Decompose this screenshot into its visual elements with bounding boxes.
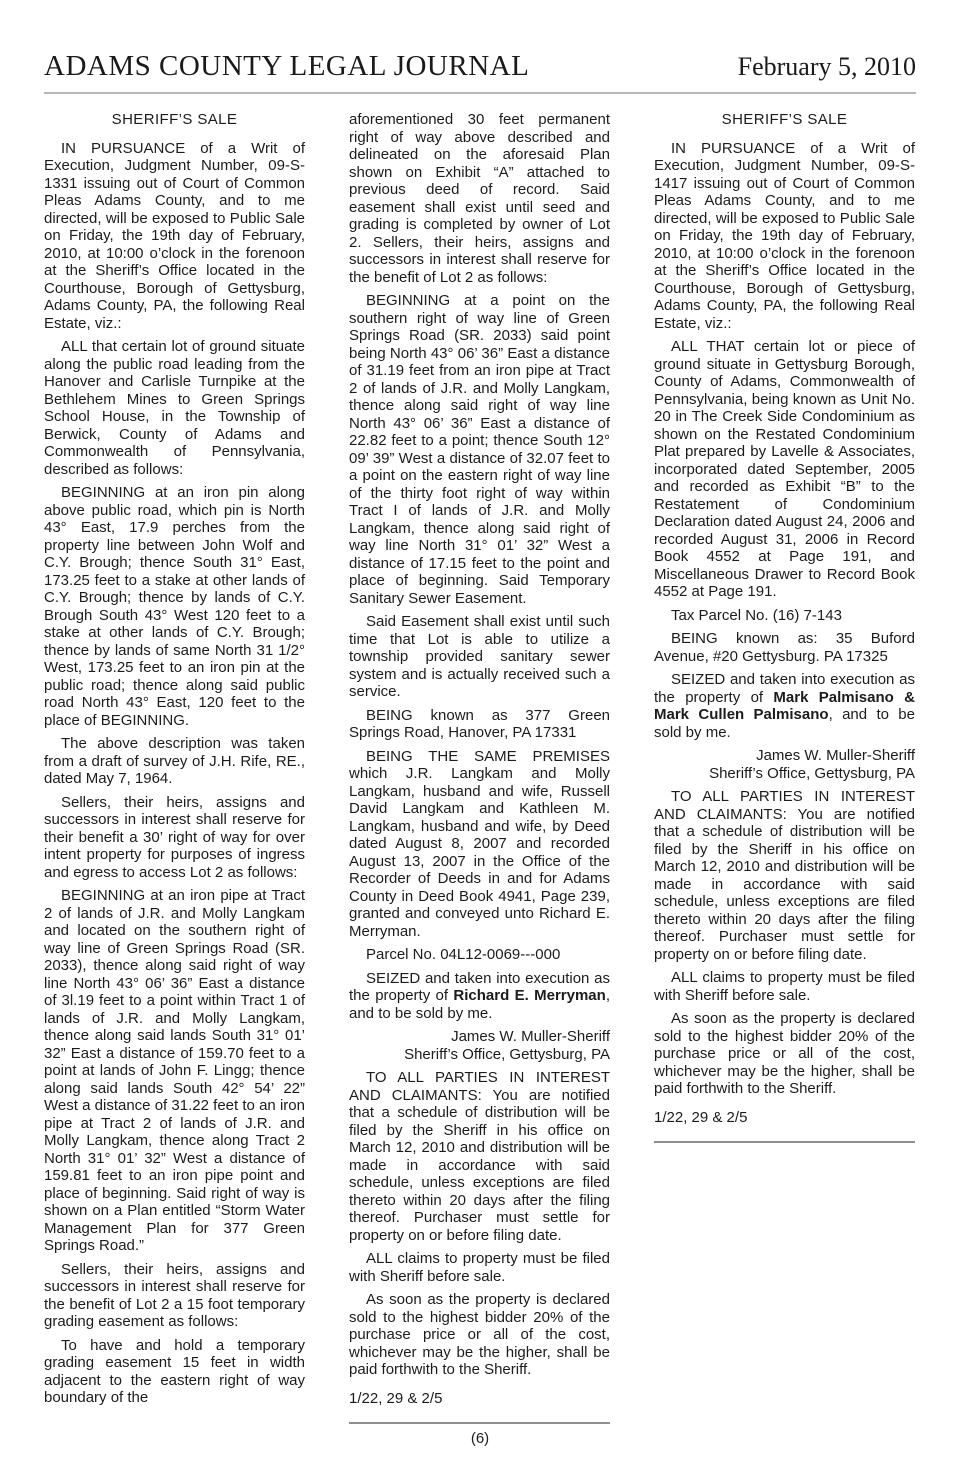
parcel-number-paragraph: Parcel No. 04L12-0069---000 (349, 946, 610, 964)
sheriff-signature: James W. Muller-Sheriff (654, 747, 915, 765)
sheriffs-sale-heading: SHERIFF’S SALE (44, 111, 305, 129)
right-of-way-paragraph: Sellers, their heirs, assigns and succes… (44, 794, 305, 882)
survey-paragraph: The above description was taken from a d… (44, 735, 305, 788)
property-description-paragraph: ALL THAT certain lot or piece of ground … (654, 338, 915, 601)
sheriffs-sale-heading: SHERIFF’S SALE (654, 111, 915, 129)
header-rule (44, 92, 916, 94)
notice-end-rule (349, 1422, 610, 1424)
highest-bidder-paragraph: As soon as the property is declared sold… (654, 1010, 915, 1098)
pursuance-paragraph: IN PURSUANCE of a Writ of Execution, Jud… (654, 140, 915, 333)
sheriff-office-line: Sheriff’s Office, Gettysburg, PA (654, 765, 915, 783)
journal-page: ADAMS COUNTY LEGAL JOURNAL February 5, 2… (0, 0, 960, 1424)
column-1: SHERIFF’S SALEIN PURSUANCE of a Writ of … (44, 111, 305, 1424)
same-premises-paragraph: BEING THE SAME PREMISES which J.R. Langk… (349, 748, 610, 941)
journal-title: ADAMS COUNTY LEGAL JOURNAL (44, 50, 529, 83)
masthead: ADAMS COUNTY LEGAL JOURNAL February 5, 2… (44, 0, 916, 83)
temporary-easement-paragraph: To have and hold a temporary grading eas… (44, 1337, 305, 1407)
sheriff-signature: James W. Muller-Sheriff (349, 1028, 610, 1046)
claimants-notice-paragraph: TO ALL PARTIES IN INTEREST AND CLAIMANTS… (349, 1069, 610, 1244)
property-description-paragraph: ALL that certain lot of ground situate a… (44, 338, 305, 478)
seized-paragraph: SEIZED and taken into execution as the p… (349, 970, 610, 1023)
claims-paragraph: ALL claims to property must be filed wit… (654, 969, 915, 1004)
defendant-name: Richard E. Merryman (453, 987, 605, 1004)
column-3: SHERIFF’S SALEIN PURSUANCE of a Writ of … (654, 111, 915, 1424)
sewer-easement-metes-paragraph: BEGINNING at a point on the southern rig… (349, 292, 610, 607)
being-known-as-paragraph: BEING known as 377 Green Springs Road, H… (349, 707, 610, 742)
pursuance-paragraph: IN PURSUANCE of a Writ of Execution, Jud… (44, 140, 305, 333)
continuation-paragraph: aforementioned 30 feet permanent right o… (349, 111, 610, 286)
publication-dates: 1/22, 29 & 2/5 (654, 1109, 915, 1127)
sheriff-office-line: Sheriff’s Office, Gettysburg, PA (349, 1046, 610, 1064)
being-known-as-paragraph: BEING known as: 35 Buford Avenue, #20 Ge… (654, 630, 915, 665)
claimants-notice-paragraph: TO ALL PARTIES IN INTEREST AND CLAIMANTS… (654, 788, 915, 963)
tax-parcel-paragraph: Tax Parcel No. (16) 7-143 (654, 607, 915, 625)
issue-date: February 5, 2010 (738, 52, 916, 82)
claims-paragraph: ALL claims to property must be filed wit… (349, 1250, 610, 1285)
notice-columns: SHERIFF’S SALEIN PURSUANCE of a Writ of … (44, 111, 916, 1424)
notice-end-rule (654, 1141, 915, 1143)
metes-bounds-paragraph: BEGINNING at an iron pin along above pub… (44, 484, 305, 729)
page-footer: (6) (0, 1430, 960, 1447)
column-2: aforementioned 30 feet permanent right o… (349, 111, 610, 1424)
journal-header: ADAMS COUNTY LEGAL JOURNAL February 5, 2… (44, 0, 916, 94)
publication-dates: 1/22, 29 & 2/5 (349, 1390, 610, 1408)
grading-easement-paragraph: Sellers, their heirs, assigns and succes… (44, 1261, 305, 1331)
page-number: (6) (471, 1430, 489, 1447)
seized-paragraph: SEIZED and taken into execution as the p… (654, 671, 915, 741)
lot2-metes-bounds-paragraph: BEGINNING at an iron pipe at Tract 2 of … (44, 887, 305, 1255)
easement-duration-paragraph: Said Easement shall exist until such tim… (349, 613, 610, 701)
highest-bidder-paragraph: As soon as the property is declared sold… (349, 1291, 610, 1379)
